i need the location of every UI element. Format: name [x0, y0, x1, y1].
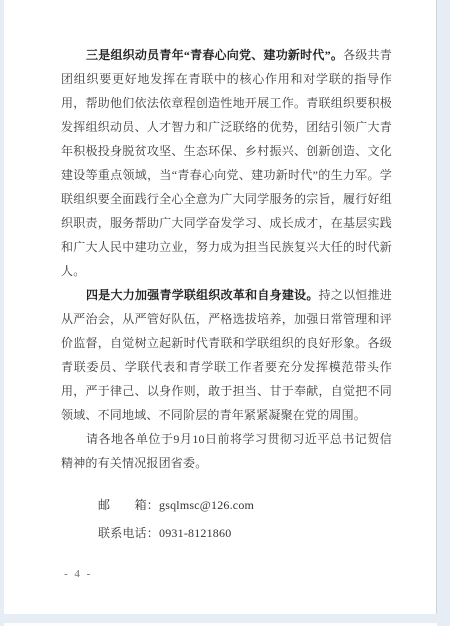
- paragraph-three-body: 各级共青团组织要更好地发挥在青联中的核心作用和对学联的指导作用，帮助他们依法依章…: [61, 48, 392, 278]
- document-content: 三是组织动员青年“青春心向党、建功新时代”。各级共青团组织要更好地发挥在青联中的…: [61, 43, 392, 547]
- contact-phone-line: 联系电话：0931-8121860: [98, 519, 392, 547]
- paragraph-three: 三是组织动员青年“青春心向党、建功新时代”。各级共青团组织要更好地发挥在青联中的…: [61, 43, 392, 283]
- contact-block: 邮 箱：gsqlmsc@126.com 联系电话：0931-8121860: [61, 491, 392, 547]
- paragraph-closing-body: 请各地各单位于9月10日前将学习贯彻习近平总书记贺信精神的有关情况报团省委。: [61, 432, 392, 470]
- contact-email-label: 邮 箱：: [98, 498, 159, 512]
- paragraph-four-lead: 四是大力加强青学联组织改革和自身建设。: [86, 288, 319, 302]
- contact-email-value: gsqlmsc@126.com: [159, 498, 254, 512]
- document-page: 三是组织动员青年“青春心向党、建功新时代”。各级共青团组织要更好地发挥在青联中的…: [4, 0, 437, 614]
- document-viewer: 三是组织动员青年“青春心向党、建功新时代”。各级共青团组织要更好地发挥在青联中的…: [0, 0, 450, 626]
- paragraph-four-body: 持之以恒推进从严治会，从严管好队伍，严格选拔培养，加强日常管理和评价监督，自觉树…: [61, 288, 392, 422]
- paragraph-closing: 请各地各单位于9月10日前将学习贯彻习近平总书记贺信精神的有关情况报团省委。: [61, 427, 392, 475]
- paragraph-four: 四是大力加强青学联组织改革和自身建设。持之以恒推进从严治会，从严管好队伍，严格选…: [61, 283, 392, 427]
- page-number: - 4 -: [64, 568, 92, 580]
- paragraph-three-lead: 三是组织动员青年“青春心向党、建功新时代”。: [86, 48, 343, 62]
- contact-phone-value: 0931-8121860: [159, 526, 231, 540]
- contact-email-line: 邮 箱：gsqlmsc@126.com: [98, 491, 392, 519]
- contact-phone-label: 联系电话：: [98, 526, 159, 540]
